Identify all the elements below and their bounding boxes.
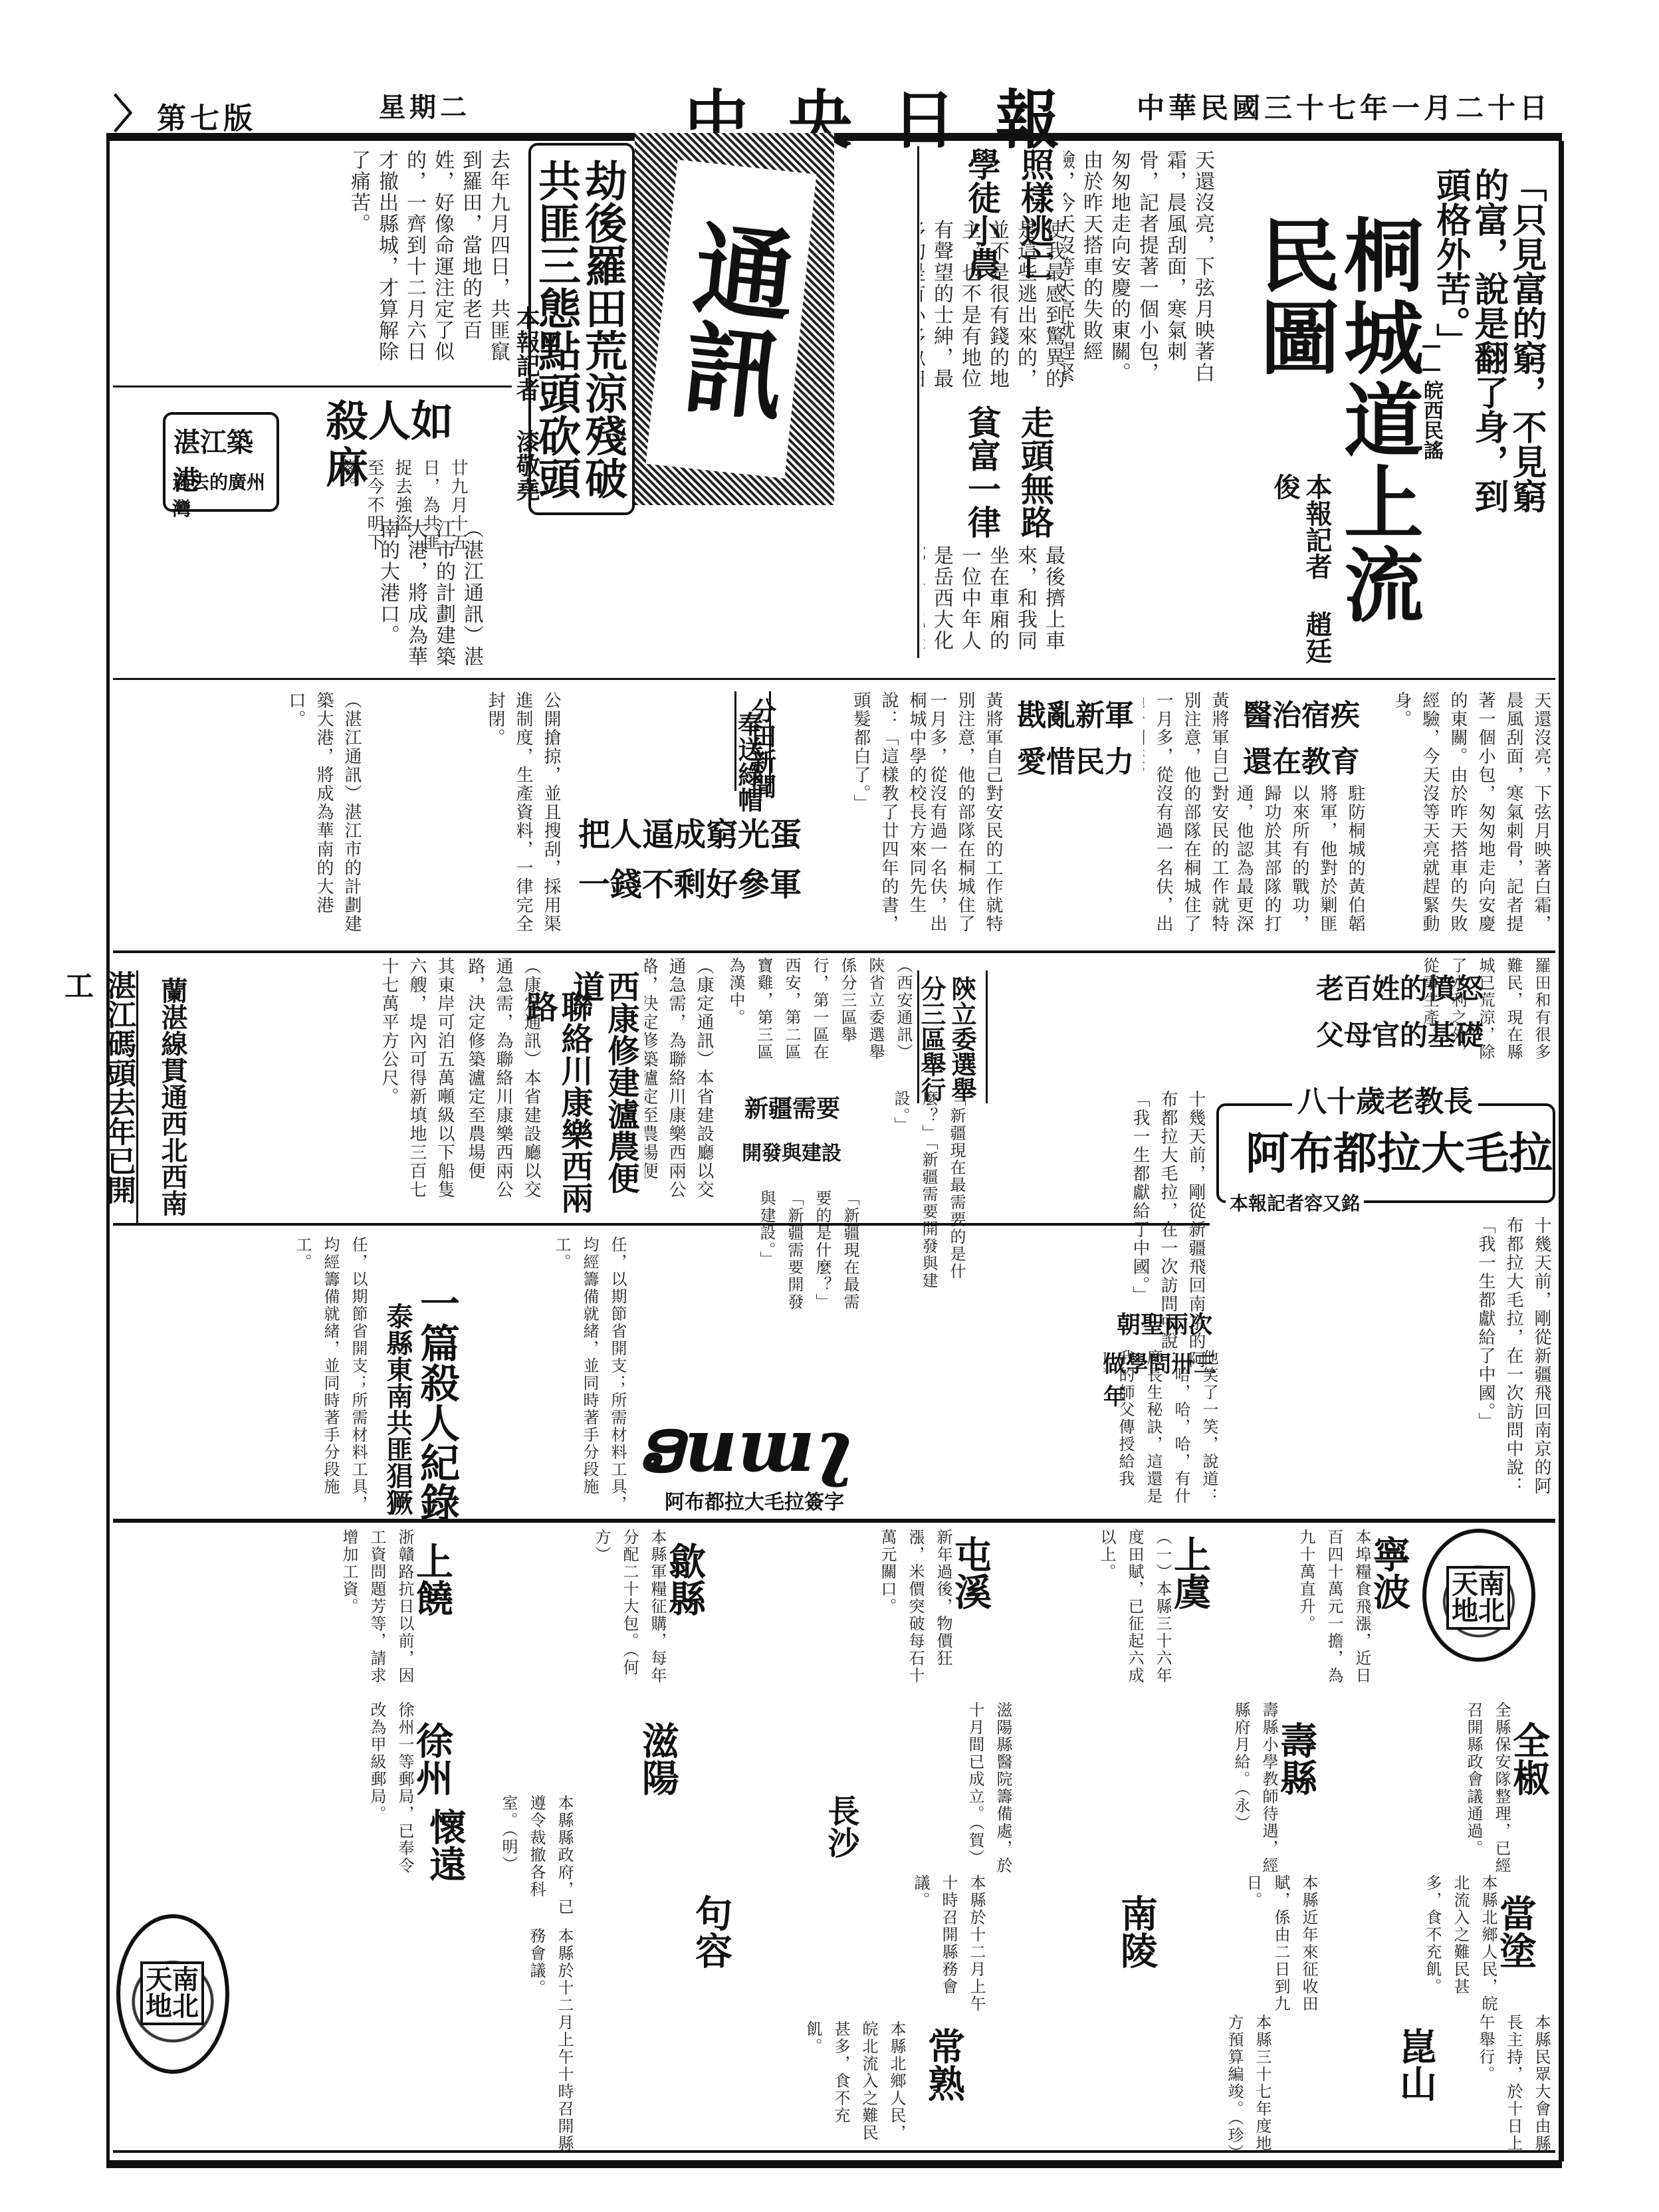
article-headline: 蘭湛線貫通西北西南: [154, 977, 191, 1216]
page-border-right: [1559, 141, 1564, 2161]
dateline-place: 崑山: [1389, 2027, 1442, 2102]
dateline-text: 新年過後，物價狂漲，米價突破每石十萬元關口。: [724, 1529, 957, 1695]
column-rule: [917, 146, 919, 658]
dateline-place: 句容: [685, 1894, 738, 1969]
dateline-place: 長沙: [818, 1795, 864, 1858]
signature-caption: 阿布都拉大毛拉簽字: [665, 1486, 844, 1515]
article-zhanjiang-dock: 湛江碼頭去年已開工: [106, 970, 140, 1223]
dateline-item: 長沙: [585, 1795, 864, 1868]
article-xinjiang-body: 「新疆現在最需要的是什麼？」「新疆需要開發與建設。」: [731, 1190, 864, 1323]
band-rule-2: [113, 950, 1555, 953]
section-rule: [113, 386, 512, 387]
article-headline-secondary: 過去的廣州灣: [172, 468, 276, 521]
dateline-text: 本縣民眾大會由縣長主持，於十日上午舉行。: [1449, 2014, 1555, 2154]
tiannan-dibei-logo-top: 天 南 地 北: [1422, 1529, 1535, 1662]
dateline-text: 全縣保安隊整理，已經召開縣政會議通過。: [1336, 1702, 1515, 1874]
tongxun-banner: 通訊: [635, 133, 834, 505]
article-sharen-jilu-body-2: 任，以期節省開支；所需材料工具，均經籌備就緒，並同時著手分段施工。: [113, 1236, 372, 1515]
dateline-item: 全椒 全縣保安隊整理，已經召開縣政會議通過。: [1329, 1702, 1555, 1874]
article-shaoren: 殺人如麻: [292, 392, 492, 465]
article-xinjiang-body-2: 「新疆現在最需要的是什麼？」「新疆需要開發與建設。」: [864, 1090, 970, 1309]
article-headline-primary: 醫治宿疾: [1243, 691, 1360, 734]
article-headline-primary: 戡亂新軍: [1017, 691, 1134, 734]
epigraph: 「只見富的窮，不見窮的富，說是翻了身，到頭格外苦。」: [1431, 167, 1545, 540]
dateline-text: 本縣軍糧征購，每年分配二十大包。（何方）: [472, 1529, 671, 1695]
article-headline: 阿布都拉大毛拉: [1246, 1129, 1553, 1178]
article-xikang: 西康修建瀘農便道 聯絡川康樂西兩路: [545, 964, 645, 1216]
dateline-text: 本縣三十七年度地方預算編竣。（珍）: [977, 2014, 1276, 2154]
article-headline-primary: 新疆需要: [744, 1090, 840, 1124]
article-headline-secondary: 愛惜民力: [1017, 738, 1134, 780]
article-tongcheng: 「只見富的窮，不見窮的富，說是翻了身，到頭格外苦。」 桐城道上流民圖 ——皖西民…: [1203, 141, 1559, 673]
dateline-item: 句容 本縣於十二月上午十時召開縣務會議。: [585, 1874, 990, 2014]
dateline-item: 當塗 本縣北鄉人民，皖北流入之難民甚多，食不充飢。: [1329, 1874, 1555, 2014]
dateline-item: 寧波 本埠糧食飛漲，近日百四十萬元一擔，為九十萬直升。: [1223, 1529, 1416, 1695]
article-headline-secondary: 走頭無路: [1017, 405, 1053, 538]
bottom-section-rule: [113, 1519, 1555, 1523]
article-headline-primary: 劫後羅田荒涼殘破: [579, 159, 625, 499]
article-lanzhan-body: 其東岸可泊五萬噸級以下船隻六艘，堤內可得新填地三百七十七萬平方公尺。: [193, 957, 459, 1210]
dateline-place: 常熟: [917, 2027, 970, 2102]
logo-text: 天 南 地 北: [1446, 1566, 1510, 1630]
article-luotian-body: 去年九月四日，共匪竄到羅田，當地的老百姓，好像命運注定了似的，一齊到十二月六日才…: [113, 150, 512, 362]
article-headline-primary: 朝聖兩次: [1117, 1306, 1212, 1340]
signature-graphic: ອuɯʅ: [638, 1409, 818, 1489]
article-tongcheng-body: 天還沒亮，下弦月映著白霜，晨風刮面，寒氣刺骨，記者提著一個小包，匆匆地走向安慶的…: [1063, 150, 1216, 402]
dateline-text: 本縣北鄉人民，皖北流入之難民甚多，食不充飢。: [1336, 1874, 1502, 2014]
dateline-item: 上虞 （一）本縣三十六年度田賦，已征起六成以上。: [1004, 1529, 1216, 1695]
article-zhanjiang-port: 湛江築港 過去的廣州灣: [163, 412, 279, 512]
dateline-place: 滋陽: [631, 1721, 685, 1796]
article-luotian: 劫後羅田荒涼殘破 共匪三態點頭砍頭: [528, 143, 635, 515]
dateline-item: 常熟 本縣三十七年度地方預算編竣。（珍）: [917, 2014, 1276, 2154]
dateline-item: 南陵 本縣近年來征收田賦，係由二日到九日。: [997, 1874, 1323, 2014]
article-shaanxi-body: （西安通訊）陝省立委選舉係分三區舉行，第一區在西安，第二區寶雞，第三區為漢中。: [718, 957, 917, 1070]
article-sharen-jilu-body: 任，以期節省開支；所需材料工具，均經籌備就緒，並同時著手分段施工。: [465, 1236, 631, 1515]
page-bottom-rule: [106, 2160, 1562, 2168]
article-abudula-body-2: 十幾天前，剛從新疆飛回南京的阿布都拉大毛拉，在一次訪問中說：「我一生都獻給了中國…: [1216, 1216, 1555, 1509]
article-xikang-body-2: （康定通訊）本省建設廳以交通急需，為聯絡川康樂西兩公路，決定修築瀘定至農場便道。: [645, 957, 718, 1216]
band-rule-3: [113, 1223, 1210, 1226]
weekday: 星期二: [379, 86, 471, 124]
bottom-inner-rule: [113, 2150, 1555, 2153]
article-laobaixing-body: 羅田和有很多難民，現在縣城已荒涼，除了水利之外，從事生產。: [1356, 957, 1555, 1063]
article-headline-primary: 把人逼成窮光蛋: [578, 818, 802, 853]
article-zhanjiang-port-body: （湛江通訊）湛江市的計劃建築大港，將成為華南的大港口。: [113, 518, 485, 678]
article-headline-secondary: 分三區舉行: [913, 976, 950, 1102]
tongxun-label: 通訊: [646, 160, 817, 478]
article-kicker: 八十歲老教長: [1292, 1086, 1478, 1118]
masthead-rule: [106, 133, 1562, 141]
article-chaosheng-body: 他笑了一笑，說道：「哈，哈，哈，有什麼長生秘訣，這還是我的師父傳授給我的。」: [1103, 1349, 1223, 1509]
band-rule-1: [113, 678, 1555, 680]
article-luotian-byline: 本報記者 漆敬堯: [512, 306, 540, 501]
dateline-text: 本埠糧食飛漲，近日百四十萬元一擔，為九十萬直升。: [1230, 1529, 1376, 1695]
article-tongcheng-continued: 天還沒亮，下弦月映著白霜，晨風刮面，寒氣刺骨，記者提著一個小包，匆匆地走向安慶的…: [1376, 691, 1555, 944]
article-yizhi: 醫治宿疾 還在教育: [1236, 691, 1369, 784]
article-xinjiang: 新疆需要 開發與建設: [738, 1090, 864, 1190]
article-sharen-jilu: 一篇殺人紀錄 泰縣東南共匪猖獗: [372, 1250, 465, 1529]
dateline-text: 壽縣小學教師待遇，經縣府月給。（永）: [1030, 1702, 1283, 1874]
dateline-text: 本縣近年來征收田賦，係由二日到九日。: [1170, 1874, 1323, 2014]
byline: 本報記者容又銘: [1226, 1189, 1364, 1216]
dateline-item: 上饒 浙贛路抗日以前，因工資問題芳等，請求增加工資。: [113, 1529, 459, 1695]
article-kanluan-body-2: 黃將軍自己對安民的工作就特別注意，他的部隊在桐城住了一月多，從沒有過一名伕，出過…: [1143, 691, 1233, 944]
masthead: 〉第七版 星期二 中央日報 中華民國三十七年一月二十日: [100, 73, 1562, 133]
dateline-text: （一）本縣三十六年度田賦，已征起六成以上。: [1010, 1529, 1176, 1695]
article-headline-secondary: 開發與建設: [742, 1137, 841, 1166]
article-qiongguangdan: 把人逼成窮光蛋 一錢不剩好參軍: [572, 818, 904, 924]
article-headline-primary: 貧富一律: [964, 405, 1000, 538]
article-zhanjiang-left-body: （湛江通訊）湛江市的計劃建築大港，將成為華南的大港口。: [113, 691, 366, 944]
dateline-place: 懷遠: [419, 1808, 472, 1882]
article-qiongguangdan-body: 公開搶掠，並且搜刮，採用渠進制度，生產資料，一律完全封閉。: [372, 691, 565, 944]
page-number: 〉第七版: [113, 83, 257, 140]
article-abudula: 八十歲老教長 阿布都拉大毛拉 本報記者容又銘: [1216, 1103, 1555, 1203]
byline: 本報記者 趙廷俊: [1269, 473, 1333, 673]
article-headline-secondary: 泰縣東南共匪猖獗: [383, 1303, 412, 1515]
article-headline-primary: 一篇殺人紀錄: [415, 1283, 459, 1522]
article-headline-secondary: 一錢不剩好參軍: [578, 867, 802, 903]
article-yizhi-body: 駐防桐城的黃伯韜將軍，他對於剿匪以來所有的戰功，歸功於其部隊的打通，他認為最更深…: [1236, 784, 1369, 937]
article-headline-secondary: 還在教育: [1243, 738, 1360, 780]
article-pinfu-body: 最後擠上車來，和我同坐在車廂的一位中年人是岳西大化鄉人，他是有十畝田的自耕農。: [924, 545, 1067, 665]
issue-date: 中華民國三十七年一月二十日: [1137, 86, 1551, 126]
article-headline: 湛江碼頭去年已開工: [55, 970, 140, 1223]
page-bracket-icon: 〉: [113, 92, 157, 138]
dateline-text: 本縣於十二月上午十時召開縣務會議。: [744, 1874, 990, 2014]
dateline-item: 崑山 本縣民眾大會由縣長主持，於十日上午舉行。: [1283, 2014, 1555, 2154]
dateline-place: 南陵: [1110, 1894, 1163, 1969]
article-lanzhan: 蘭湛線貫通西北西南: [136, 970, 191, 1223]
article-kanluan: 戡亂新軍 愛惜民力: [1010, 691, 1143, 784]
bottom-section-filler: 本縣於十二月上午十時召開縣務會議。: [233, 1928, 578, 2154]
bottom-section-filler-2: 本縣北鄉人民，皖北流入之難民甚多，食不充飢。: [585, 2021, 911, 2154]
article-xikang-body: （康定通訊）本省建設廳以交通急需，為聯絡川康樂西兩公路，決定修築瀘定至農場便道。: [465, 957, 545, 1216]
epigraph-source: ——皖西民謠: [1416, 334, 1446, 460]
dateline-text: 本縣縣政府，已遵令裁撤各科室。（明）: [479, 1795, 578, 1921]
dateline-item: 屯溪 新年過後，物價狂漲，米價突破每石十萬元關口。: [718, 1529, 997, 1695]
signature-scrawl-icon: ອuɯʅ: [638, 1409, 818, 1482]
dateline-item: 壽縣 壽縣小學教師待遇，經縣府月給。（永）: [1024, 1702, 1323, 1874]
article-xuetu-body: 使我最感到驚異的是這些逃出來的，並不是很有錢的地主，也不是有地位有聲望的士紳，最…: [921, 219, 1067, 392]
logo-text: 天 南 地 北: [140, 1961, 204, 2025]
dateline-item: 懷遠 本縣縣政府，已遵令裁撤各科室。（明）: [233, 1795, 578, 1921]
article-shaanxi: 陝立委選舉 分三區舉行: [917, 970, 988, 1103]
tiannan-dibei-logo-bottom: 天 南 地 北: [116, 1914, 229, 2074]
dateline-item: 歙縣 本縣軍糧征購，每年分配二十大包。（何方）: [465, 1529, 711, 1695]
fentian-headline-secondary: 奉送綠帽: [734, 711, 762, 812]
dateline-text: 浙贛路抗日以前，因工資問題芳等，請求增加工資。: [120, 1529, 419, 1695]
article-kanluan-body: 黃將軍自己對安民的工作就特別注意，他的部隊在桐城住了一月多，從沒有過一名伕，出過…: [931, 691, 1007, 944]
